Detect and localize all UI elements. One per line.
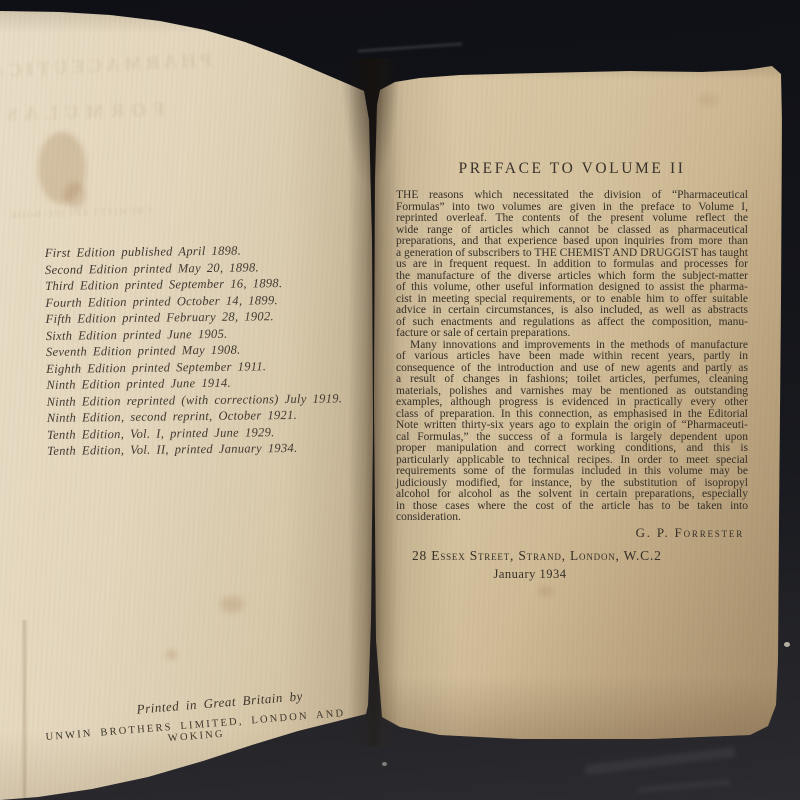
edition-history-list: First Edition published April 1898.Secon…	[45, 241, 368, 459]
author-signature: G. P. Forrester	[396, 525, 748, 541]
page-block-edge	[780, 64, 788, 740]
paper-stain	[698, 94, 718, 106]
preface-line: consideration.	[396, 512, 748, 524]
right-page: PREFACE TO VOLUME II THE reasons which n…	[372, 58, 788, 746]
address-block: 28 Essex Street, Strand, London, W.C.2 J…	[412, 548, 648, 582]
paper-stain	[220, 596, 244, 613]
preface-line: Note written thirty-six years ago to exp…	[396, 420, 748, 432]
preface-title: PREFACE TO VOLUME II	[396, 160, 748, 178]
open-book-photo: PHARMACEUTICAL FORMULAS CHEMISTS RECIPE-…	[0, 0, 800, 800]
paper-stain	[166, 650, 177, 659]
preface-line: us are in frequent request. In addition …	[396, 259, 748, 271]
preface-line: facture or sale of certain preparations.	[396, 328, 748, 340]
preface-line: of various articles have been made withi…	[396, 351, 748, 363]
page-crease	[21, 620, 28, 800]
floor-scuff	[638, 779, 730, 793]
preface-text-block: PREFACE TO VOLUME II THE reasons which n…	[396, 160, 748, 582]
preface-line: a result of changes in fashions; toilet …	[396, 374, 748, 386]
preface-line: of this volume, other useful information…	[396, 282, 748, 294]
background-scratch	[358, 42, 462, 52]
preface-line: requirements some of the formulas includ…	[396, 466, 748, 478]
dust-speck	[784, 642, 790, 647]
preface-line: reprinted overleaf. The contents of the …	[396, 213, 748, 225]
dust-speck	[382, 762, 387, 766]
preface-line: proper manipulation and correct working …	[396, 443, 748, 455]
preface-paragraph-1: THE reasons which necessitated the divis…	[396, 190, 748, 340]
preface-date: January 1934	[412, 567, 648, 582]
preface-line: advice in certain circumstances, is also…	[396, 305, 748, 317]
preface-line: preparations, and that experience based …	[396, 236, 748, 248]
preface-line: examples, although progress is evidenced…	[396, 397, 748, 409]
paper-stain	[220, 14, 248, 28]
preface-line: alcohol for alcohol as the solvent in ce…	[396, 489, 748, 501]
publisher-address: 28 Essex Street, Strand, London, W.C.2	[412, 548, 648, 564]
floor-scuff	[585, 747, 735, 775]
preface-paragraph-2: Many innovations and improvements in the…	[396, 340, 748, 524]
preface-line: THE reasons which necessitated the divis…	[396, 190, 748, 202]
paper-stain	[538, 586, 553, 596]
paper-stain	[64, 182, 86, 208]
left-page: PHARMACEUTICAL FORMULAS CHEMISTS RECIPE-…	[0, 0, 378, 800]
